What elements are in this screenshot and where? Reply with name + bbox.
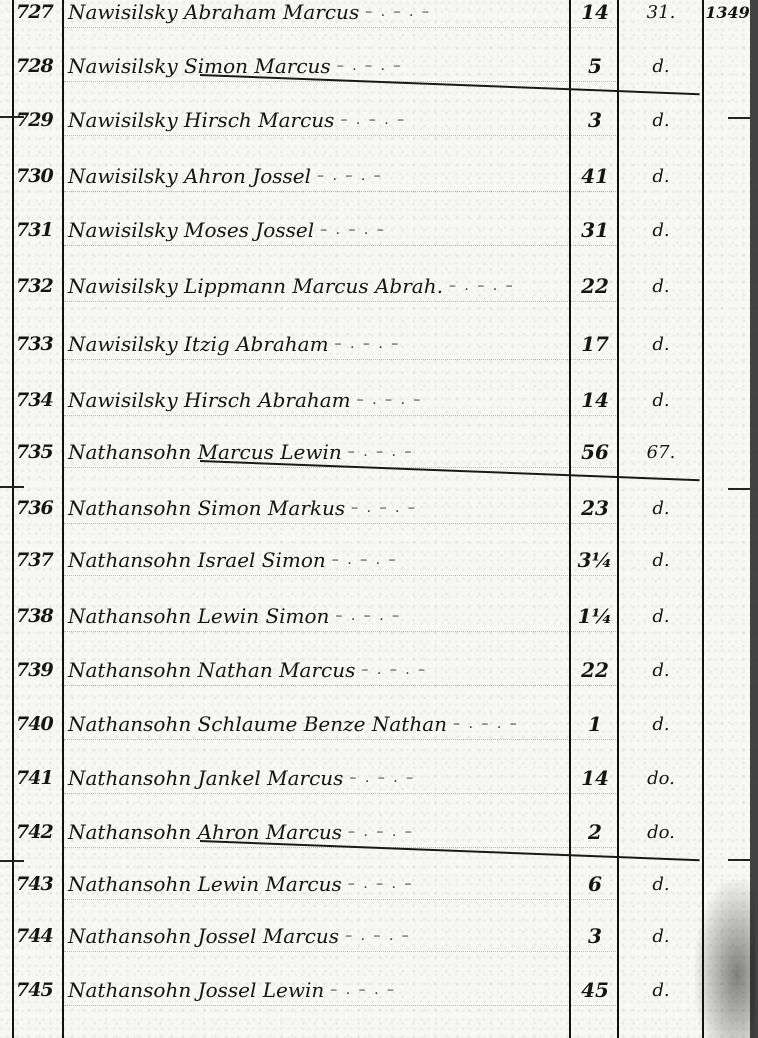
entry-age: 3 xyxy=(574,94,616,146)
entry-age: 1 xyxy=(574,698,616,750)
dash-filler: – . – . – xyxy=(345,928,411,944)
register-row: 735 Nathansohn Marcus Lewin– . – . – 56 … xyxy=(0,426,758,478)
name-text: Nawisilsky Hirsch Marcus xyxy=(68,108,334,132)
register-row: 732 Nawisilsky Lippmann Marcus Abrah.– .… xyxy=(0,260,758,312)
register-row: 740 Nathansohn Schlaume Benze Nathan– . … xyxy=(0,698,758,750)
register-page: 727 Nawisilsky Abraham Marcus– . – . – 1… xyxy=(0,0,758,1038)
entry-ditto-mark: d. xyxy=(622,534,700,586)
name-text: Nawisilsky Itzig Abraham xyxy=(68,332,329,356)
entry-name: Nawisilsky Moses Jossel– . – . – xyxy=(68,204,568,256)
dash-filler: – . – . – xyxy=(317,168,383,184)
entry-reference xyxy=(705,426,750,478)
entry-age: 2 xyxy=(574,806,616,858)
register-row: 736 Nathansohn Simon Markus– . – . – 23 … xyxy=(0,482,758,534)
entry-ditto-mark: do. xyxy=(622,806,700,858)
entry-ditto-mark: d. xyxy=(622,644,700,696)
name-text: Nawisilsky Ahron Jossel xyxy=(68,164,311,188)
entry-name: Nawisilsky Itzig Abraham– . – . – xyxy=(68,318,568,370)
entry-name: Nawisilsky Abraham Marcus– . – . – xyxy=(68,0,568,38)
entry-reference xyxy=(705,40,750,92)
dash-filler: – . – . – xyxy=(453,716,519,732)
dash-filler: – . – . – xyxy=(335,608,401,624)
entry-number: 739 xyxy=(16,644,62,696)
entry-ditto-mark: d. xyxy=(622,964,700,1016)
entry-number: 736 xyxy=(16,482,62,534)
entry-name: Nathansohn Marcus Lewin– . – . – xyxy=(68,426,568,478)
entry-ditto-mark: d. xyxy=(622,698,700,750)
entry-ditto-mark: d. xyxy=(622,318,700,370)
entry-age: 22 xyxy=(574,260,616,312)
entry-age: 56 xyxy=(574,426,616,478)
entry-reference xyxy=(705,698,750,750)
entry-reference xyxy=(705,150,750,202)
dash-filler: – . – . – xyxy=(320,222,386,238)
entry-name: Nathansohn Ahron Marcus– . – . – xyxy=(68,806,568,858)
entry-name: Nathansohn Lewin Marcus– . – . – xyxy=(68,858,568,910)
name-text: Nathansohn Nathan Marcus xyxy=(68,658,355,682)
entry-age: 45 xyxy=(574,964,616,1016)
entry-reference xyxy=(705,806,750,858)
entry-ditto-mark: d. xyxy=(622,40,700,92)
entry-number: 730 xyxy=(16,150,62,202)
entry-ditto-mark: d. xyxy=(622,260,700,312)
entry-ditto-mark: d. xyxy=(622,858,700,910)
dash-filler: – . – . – xyxy=(449,278,515,294)
entry-reference xyxy=(705,644,750,696)
register-row: 728 Nawisilsky Simon Marcus– . – . – 5 d… xyxy=(0,40,758,92)
entry-name: Nawisilsky Lippmann Marcus Abrah.– . – .… xyxy=(68,260,568,312)
name-text: Nathansohn Simon Markus xyxy=(68,496,345,520)
dash-filler: – . – . – xyxy=(348,444,414,460)
register-row: 743 Nathansohn Lewin Marcus– . – . – 6 d… xyxy=(0,858,758,910)
entry-number: 729 xyxy=(16,94,62,146)
entry-reference xyxy=(705,204,750,256)
register-row: 730 Nawisilsky Ahron Jossel– . – . – 41 … xyxy=(0,150,758,202)
register-row: 742 Nathansohn Ahron Marcus– . – . – 2 d… xyxy=(0,806,758,858)
name-text: Nawisilsky Hirsch Abraham xyxy=(68,388,351,412)
entry-age: 41 xyxy=(574,150,616,202)
name-text: Nathansohn Jossel Lewin xyxy=(68,978,324,1002)
entry-ditto-mark: 31. xyxy=(622,0,700,38)
entry-age: 5 xyxy=(574,40,616,92)
dash-filler: – . – . – xyxy=(357,392,423,408)
register-row: 727 Nawisilsky Abraham Marcus– . – . – 1… xyxy=(0,0,758,38)
entry-reference xyxy=(705,318,750,370)
entry-reference xyxy=(705,260,750,312)
entry-age: 3¼ xyxy=(574,534,616,586)
name-text: Nawisilsky Moses Jossel xyxy=(68,218,314,242)
entry-ditto-mark: d. xyxy=(622,590,700,642)
entry-age: 22 xyxy=(574,644,616,696)
entry-number: 728 xyxy=(16,40,62,92)
dash-filler: – . – . – xyxy=(340,112,406,128)
entry-ditto-mark: do. xyxy=(622,752,700,804)
entry-reference xyxy=(705,910,750,962)
entry-number: 741 xyxy=(16,752,62,804)
entry-reference xyxy=(705,964,750,1016)
entry-age: 17 xyxy=(574,318,616,370)
entry-name: Nathansohn Israel Simon– . – . – xyxy=(68,534,568,586)
entry-age: 31 xyxy=(574,204,616,256)
register-row: 734 Nawisilsky Hirsch Abraham– . – . – 1… xyxy=(0,374,758,426)
register-row: 737 Nathansohn Israel Simon– . – . – 3¼ … xyxy=(0,534,758,586)
entry-reference xyxy=(705,374,750,426)
entry-number: 735 xyxy=(16,426,62,478)
entry-ditto-mark: d. xyxy=(622,482,700,534)
entry-name: Nathansohn Schlaume Benze Nathan– . – . … xyxy=(68,698,568,750)
entry-ditto-mark: d. xyxy=(622,204,700,256)
entry-number: 731 xyxy=(16,204,62,256)
entry-reference: 1349 xyxy=(705,0,750,38)
entry-ditto-mark: d. xyxy=(622,910,700,962)
dash-filler: – . – . – xyxy=(349,770,415,786)
name-text: Nathansohn Israel Simon xyxy=(68,548,326,572)
entry-name: Nathansohn Jankel Marcus– . – . – xyxy=(68,752,568,804)
entry-age: 23 xyxy=(574,482,616,534)
entry-reference xyxy=(705,858,750,910)
entry-number: 740 xyxy=(16,698,62,750)
name-text: Nathansohn Jankel Marcus xyxy=(68,766,343,790)
entry-name: Nawisilsky Hirsch Marcus– . – . – xyxy=(68,94,568,146)
entry-age: 6 xyxy=(574,858,616,910)
name-text: Nathansohn Schlaume Benze Nathan xyxy=(68,712,447,736)
entry-name: Nathansohn Nathan Marcus– . – . – xyxy=(68,644,568,696)
name-text: Nathansohn Lewin Simon xyxy=(68,604,329,628)
dash-filler: – . – . – xyxy=(348,876,414,892)
entry-reference xyxy=(705,534,750,586)
entry-age: 1¼ xyxy=(574,590,616,642)
name-text: Nawisilsky Lippmann Marcus Abrah. xyxy=(68,274,443,298)
entry-ditto-mark: d. xyxy=(622,374,700,426)
name-text: Nawisilsky Abraham Marcus xyxy=(68,0,359,24)
entry-reference xyxy=(705,482,750,534)
entry-age: 14 xyxy=(574,0,616,38)
register-row: 741 Nathansohn Jankel Marcus– . – . – 14… xyxy=(0,752,758,804)
dash-filler: – . – . – xyxy=(351,500,417,516)
entry-number: 743 xyxy=(16,858,62,910)
entry-ditto-mark: d. xyxy=(622,94,700,146)
entry-name: Nathansohn Jossel Lewin– . – . – xyxy=(68,964,568,1016)
entry-ditto-mark: 67. xyxy=(622,426,700,478)
entry-number: 737 xyxy=(16,534,62,586)
entry-reference xyxy=(705,94,750,146)
entry-reference xyxy=(705,590,750,642)
entry-number: 742 xyxy=(16,806,62,858)
dash-filler: – . – . – xyxy=(337,58,403,74)
dash-filler: – . – . – xyxy=(332,552,398,568)
entry-number: 738 xyxy=(16,590,62,642)
name-text: Nathansohn Lewin Marcus xyxy=(68,872,342,896)
entry-name: Nawisilsky Simon Marcus– . – . – xyxy=(68,40,568,92)
name-text: Nathansohn Jossel Marcus xyxy=(68,924,339,948)
dash-filler: – . – . – xyxy=(335,336,401,352)
register-row: 744 Nathansohn Jossel Marcus– . – . – 3 … xyxy=(0,910,758,962)
register-row: 745 Nathansohn Jossel Lewin– . – . – 45 … xyxy=(0,964,758,1016)
entry-reference xyxy=(705,752,750,804)
entry-age: 14 xyxy=(574,752,616,804)
dash-filler: – . – . – xyxy=(361,662,427,678)
entry-number: 733 xyxy=(16,318,62,370)
entry-number: 727 xyxy=(16,0,62,38)
entry-number: 734 xyxy=(16,374,62,426)
entry-age: 3 xyxy=(574,910,616,962)
dash-filler: – . – . – xyxy=(330,982,396,998)
entry-number: 745 xyxy=(16,964,62,1016)
register-row: 731 Nawisilsky Moses Jossel– . – . – 31 … xyxy=(0,204,758,256)
dash-filler: – . – . – xyxy=(348,824,414,840)
entry-number: 732 xyxy=(16,260,62,312)
register-row: 739 Nathansohn Nathan Marcus– . – . – 22… xyxy=(0,644,758,696)
entry-ditto-mark: d. xyxy=(622,150,700,202)
register-row: 733 Nawisilsky Itzig Abraham– . – . – 17… xyxy=(0,318,758,370)
entry-name: Nathansohn Simon Markus– . – . – xyxy=(68,482,568,534)
entry-number: 744 xyxy=(16,910,62,962)
register-row: 738 Nathansohn Lewin Simon– . – . – 1¼ d… xyxy=(0,590,758,642)
register-row: 729 Nawisilsky Hirsch Marcus– . – . – 3 … xyxy=(0,94,758,146)
entry-age: 14 xyxy=(574,374,616,426)
entry-name: Nathansohn Lewin Simon– . – . – xyxy=(68,590,568,642)
dash-filler: – . – . – xyxy=(365,4,431,20)
entry-name: Nawisilsky Hirsch Abraham– . – . – xyxy=(68,374,568,426)
entry-name: Nathansohn Jossel Marcus– . – . – xyxy=(68,910,568,962)
entry-name: Nawisilsky Ahron Jossel– . – . – xyxy=(68,150,568,202)
